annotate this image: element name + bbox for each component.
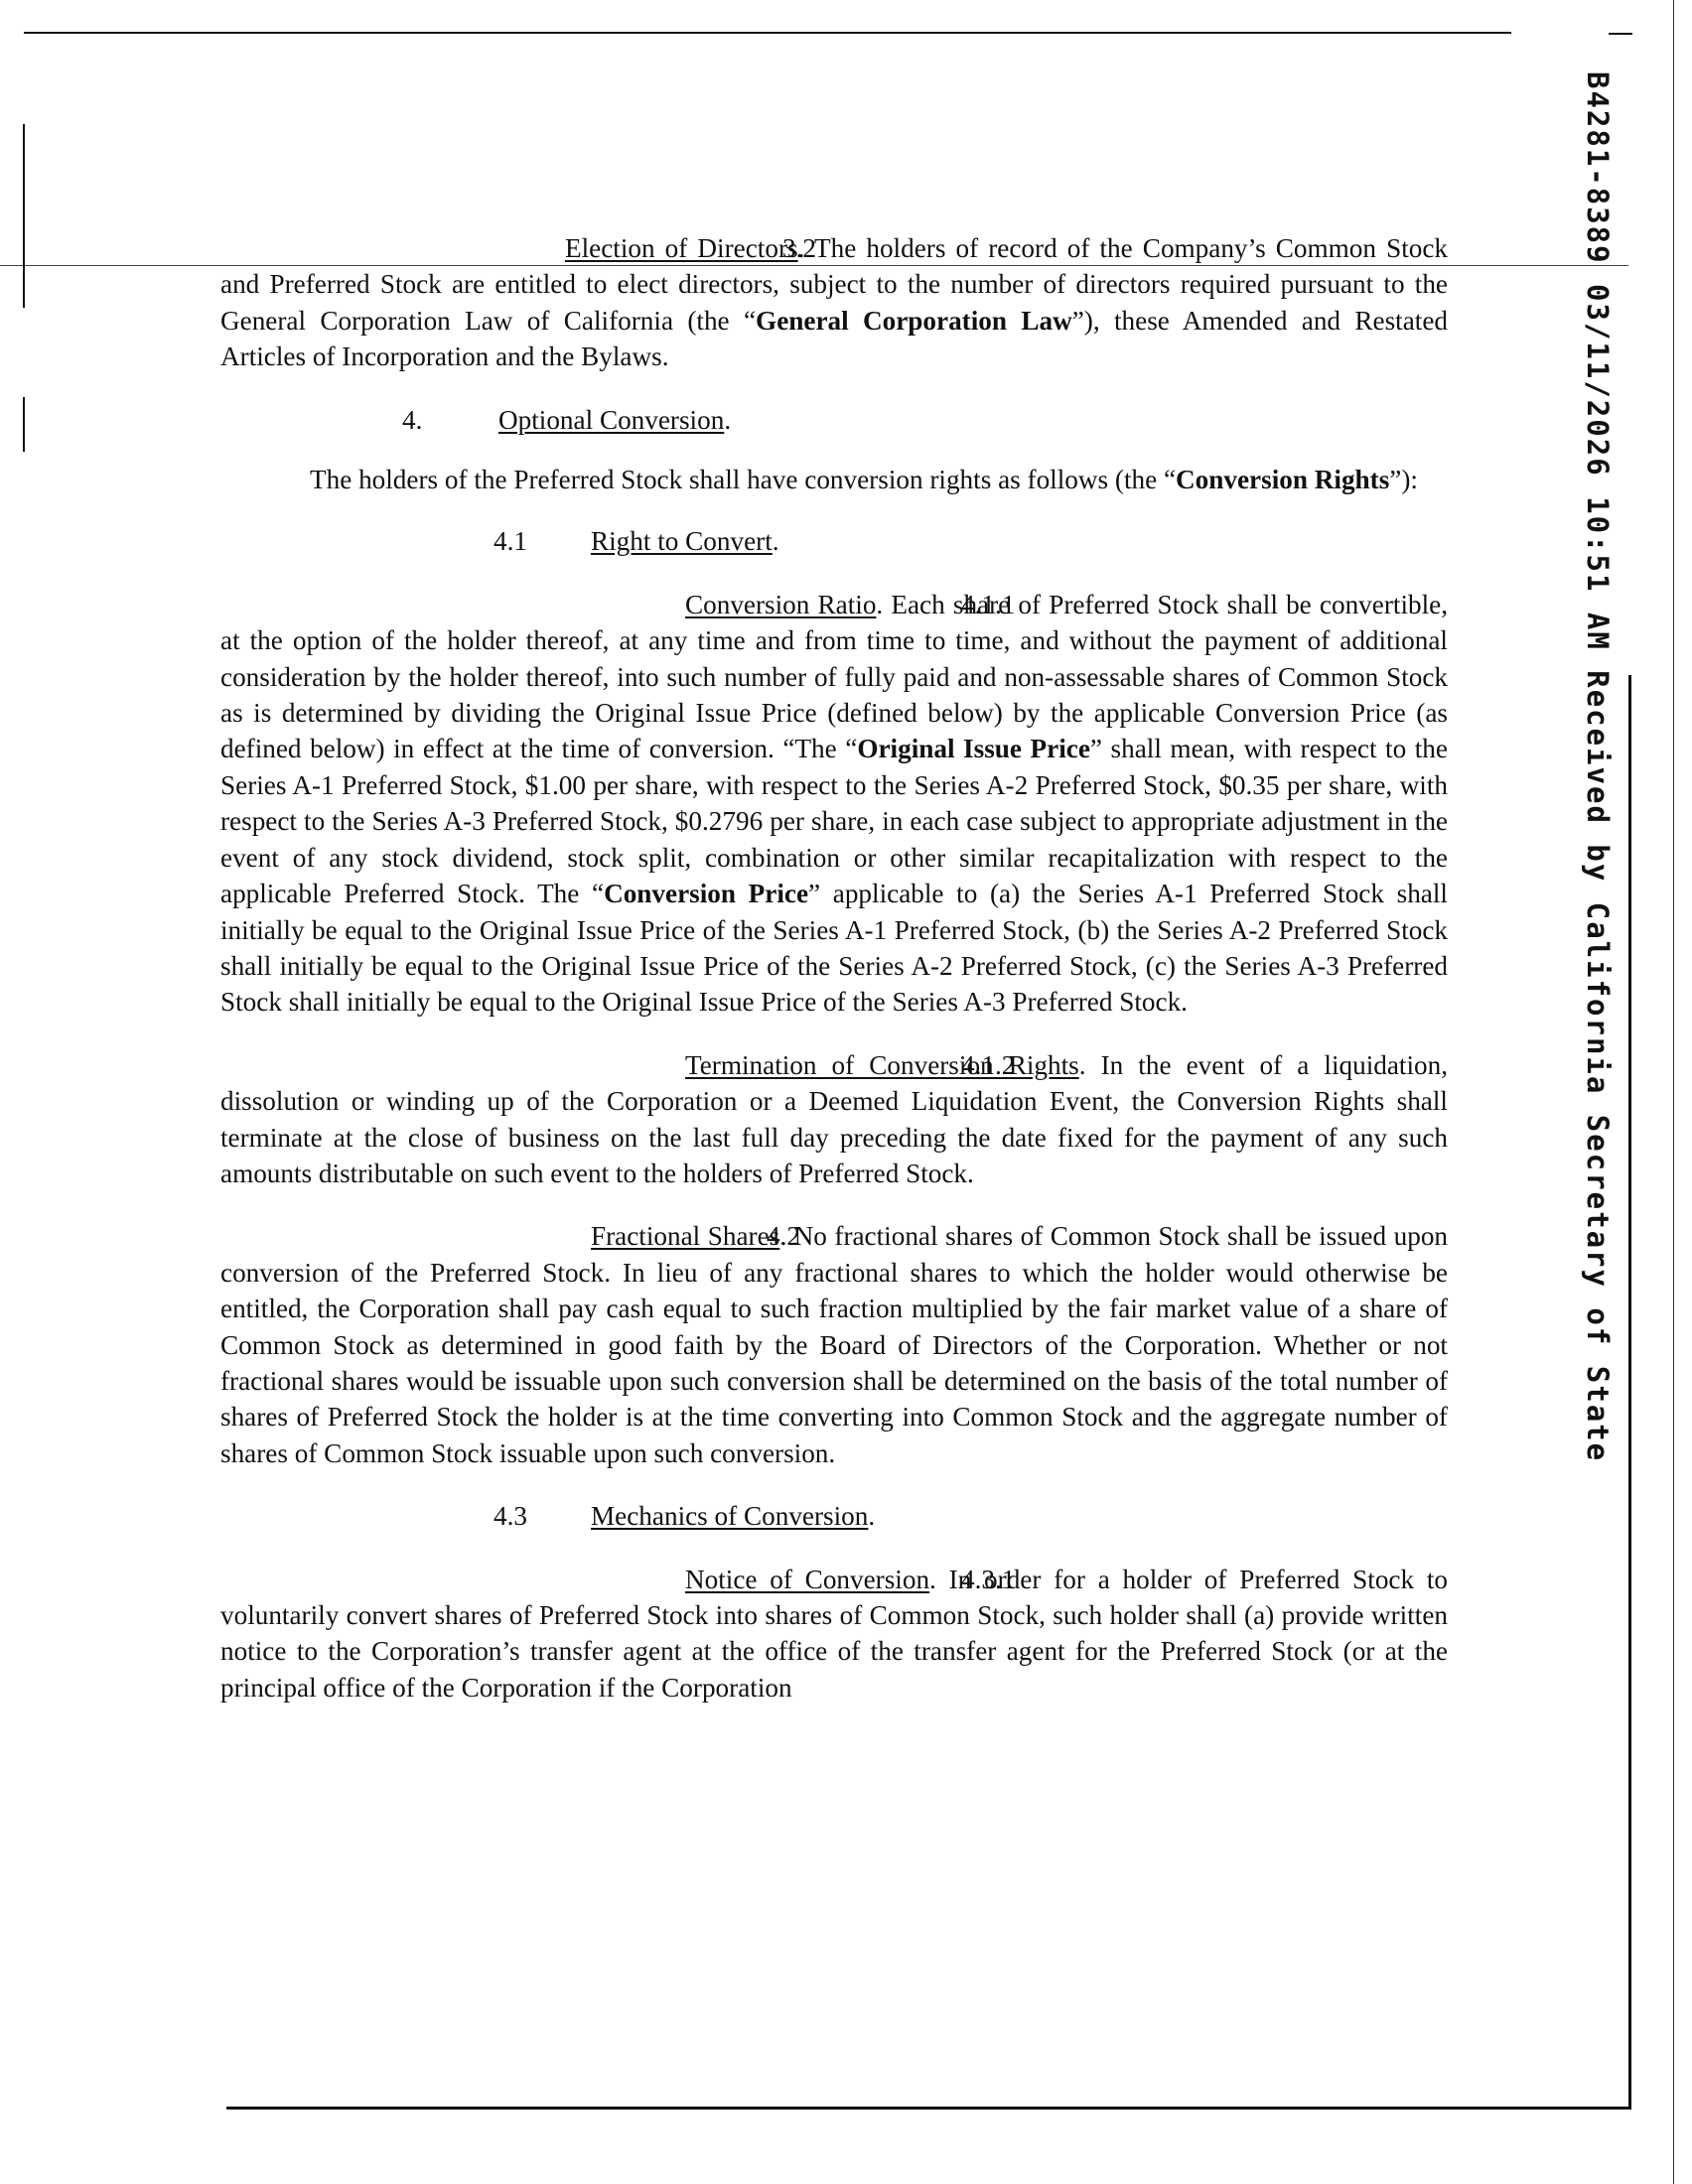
punctuation: .: [773, 526, 779, 556]
section-number: 4.3: [493, 1498, 591, 1534]
section-number: 4.1.1: [591, 587, 685, 622]
right-inner-border: [1628, 675, 1631, 2110]
section-number: 4.: [402, 402, 498, 438]
section-4-heading: 4.Optional Conversion.: [220, 402, 1448, 438]
section-4-1-1: 4.1.1Conversion Ratio. Each share of Pre…: [220, 587, 1448, 1021]
section-title: Mechanics of Conversion: [591, 1501, 868, 1531]
punctuation: .: [724, 405, 731, 435]
section-title: Termination of Conversion Rights: [685, 1050, 1079, 1080]
section-body-text: issued upon conversion of the Preferred …: [220, 1221, 1448, 1467]
section-lead-text: . In the event of a: [1079, 1050, 1310, 1080]
section-3-2: 3.2Election of Directors. The holders of…: [220, 230, 1448, 375]
right-outer-border: [1673, 0, 1674, 2184]
top-border-line: [24, 32, 1511, 34]
document-body: 3.2Election of Directors. The holders of…: [220, 230, 1448, 1706]
section-title: Fractional Shares: [591, 1221, 779, 1251]
section-lead-text: . The holders of record of the Company’s: [798, 233, 1266, 263]
section-4-1-heading: 4.1Right to Convert.: [220, 523, 1448, 559]
section-4-3-1: 4.3.1Notice of Conversion. In order for …: [220, 1562, 1448, 1706]
section-lead-text: . In order for a holder of Preferred: [929, 1565, 1339, 1594]
defined-term: Conversion Rights: [1176, 465, 1389, 494]
defined-term: General Corporation Law: [756, 306, 1072, 336]
section-lead-text: . No fractional shares of Common Stock s…: [779, 1221, 1311, 1251]
section-title: Notice of Conversion: [685, 1565, 929, 1594]
section-number: 4.1.2: [591, 1047, 685, 1083]
section-number: 4.3.1: [591, 1562, 685, 1597]
left-margin-line-mid: [23, 397, 25, 452]
defined-term: Conversion Price: [604, 879, 808, 908]
section-number: 4.2: [493, 1218, 591, 1254]
section-number: 3.2: [501, 230, 565, 266]
punctuation: .: [868, 1501, 875, 1531]
top-right-tick: [1609, 33, 1632, 35]
section-number: 4.1: [493, 523, 591, 559]
bottom-border-line: [226, 2107, 1630, 2110]
section-4-intro: The holders of the Preferred Stock shall…: [220, 462, 1448, 497]
section-title: Election of Directors: [565, 233, 798, 263]
left-margin-line-top: [23, 124, 25, 308]
defined-term: Original Issue Price: [857, 734, 1090, 763]
section-4-3-heading: 4.3Mechanics of Conversion.: [220, 1498, 1448, 1534]
section-title: Right to Convert: [591, 526, 773, 556]
section-title: Conversion Ratio: [685, 590, 876, 619]
filing-stamp: B4281-8389 03/11/2026 10:51 AM Received …: [1571, 71, 1615, 1799]
section-4-1-2: 4.1.2Termination of Conversion Rights. I…: [220, 1047, 1448, 1192]
section-body-text: ”):: [1389, 465, 1418, 494]
section-body-text: The holders of the Preferred Stock shall…: [310, 465, 1176, 494]
section-lead-text: . Each share of Preferred Stock shall be: [876, 590, 1311, 619]
section-title: Optional Conversion: [498, 405, 724, 435]
section-4-2: 4.2Fractional Shares. No fractional shar…: [220, 1218, 1448, 1471]
